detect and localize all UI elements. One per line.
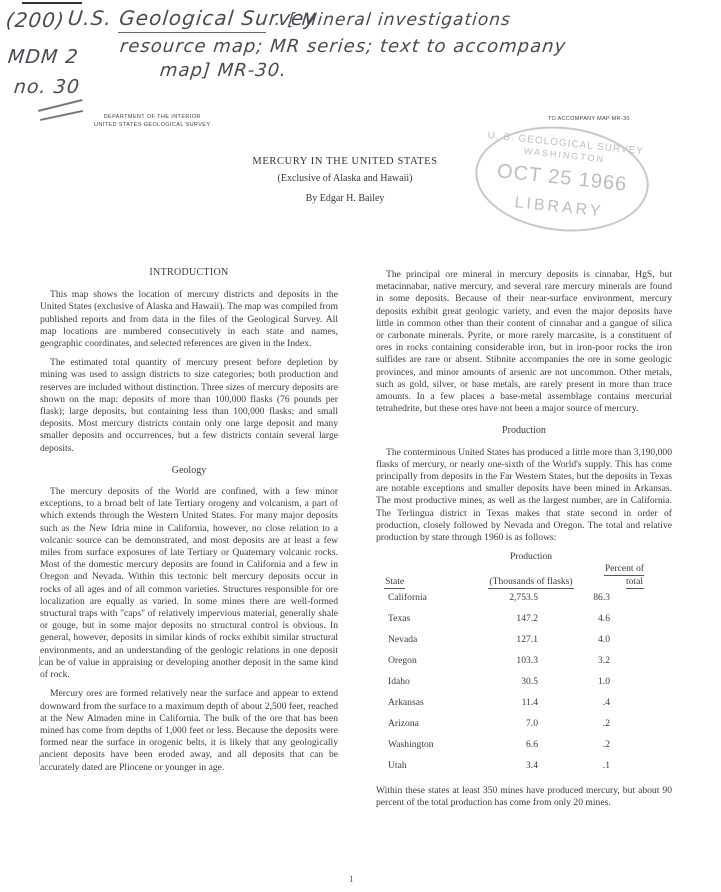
pen-stroke xyxy=(38,99,83,112)
handwritten-series: . [ Mineral investigations xyxy=(274,10,512,30)
flasks-cell: 6.6 xyxy=(478,735,584,756)
flasks-cell: 7.0 xyxy=(478,714,584,735)
column-header-state: State xyxy=(384,576,405,589)
handwritten-underline xyxy=(118,32,266,33)
state-cell: Idaho xyxy=(376,672,478,693)
agency-header: DEPARTMENT OF THE INTERIOR UNITED STATES… xyxy=(94,113,210,129)
percent-cell: .2 xyxy=(584,714,648,735)
percent-cell: .1 xyxy=(584,756,648,777)
production-table: Production State (Thousands of flasks) P… xyxy=(376,551,648,777)
flasks-cell: 3.4 xyxy=(478,756,584,777)
percent-cell: 4.6 xyxy=(584,609,648,630)
flasks-cell: 103.3 xyxy=(478,651,584,672)
flasks-cell: 147.2 xyxy=(478,609,584,630)
scan-mark xyxy=(39,656,40,666)
section-heading-introduction: INTRODUCTION xyxy=(40,267,338,279)
paragraph: Within these states at least 350 mines h… xyxy=(376,785,672,809)
table-row: Idaho30.51.0 xyxy=(376,672,648,693)
column-header-production: (Thousands of flasks) xyxy=(488,576,573,589)
paragraph: The estimated total quantity of mercury … xyxy=(40,357,338,455)
handwritten-margin-a: MDM 2 xyxy=(7,46,80,68)
paragraph: This map shows the location of mercury d… xyxy=(40,289,338,350)
state-cell: Arkansas xyxy=(376,693,478,714)
column-header-production-top: Production xyxy=(478,551,584,563)
table-row: Arkansas11.4.4 xyxy=(376,693,648,714)
state-cell: Arizona xyxy=(376,714,478,735)
handwritten-line2: resource map; MR series; text to accompa… xyxy=(119,36,567,57)
table-row: Arizona7.0.2 xyxy=(376,714,648,735)
pen-stroke xyxy=(40,110,83,121)
state-cell: Texas xyxy=(376,609,478,630)
page-title: MERCURY IN THE UNITED STATES xyxy=(230,156,460,167)
flasks-cell: 11.4 xyxy=(478,693,584,714)
section-heading-production: Production xyxy=(376,425,672,437)
page-number: 1 xyxy=(349,874,354,884)
paragraph: The principal ore mineral in mercury dep… xyxy=(376,269,672,415)
state-cell: California xyxy=(376,588,478,609)
scan-mark xyxy=(39,755,40,765)
percent-cell: .2 xyxy=(584,735,648,756)
table-row: Oregon103.33.2 xyxy=(376,651,648,672)
table-row: California2,753.586.3 xyxy=(376,588,648,609)
flasks-cell: 127.1 xyxy=(478,630,584,651)
percent-cell: 4.0 xyxy=(584,630,648,651)
percent-cell: 1.0 xyxy=(584,672,648,693)
paragraph: The conterminous United States has produ… xyxy=(376,447,672,545)
table-row: Texas147.24.6 xyxy=(376,609,648,630)
author-byline: By Edgar H. Bailey xyxy=(230,193,460,204)
accompany-map-label: TO ACCOMPANY MAP MR-30 xyxy=(548,116,630,122)
agency-department: DEPARTMENT OF THE INTERIOR xyxy=(94,113,210,121)
percent-cell: .4 xyxy=(584,693,648,714)
right-column: The principal ore mineral in mercury dep… xyxy=(376,269,672,816)
state-cell: Utah xyxy=(376,756,478,777)
handwritten-margin-b: no. 30 xyxy=(13,76,81,98)
paragraph: The mercury deposits of the World are co… xyxy=(40,486,338,681)
table-row: Utah3.4.1 xyxy=(376,756,648,777)
paragraph: Mercury ores are formed relatively near … xyxy=(40,688,338,773)
library-stamp: U. S. GEOLOGICAL SURVEY WASHINGTON OCT 2… xyxy=(470,118,654,240)
state-cell: Oregon xyxy=(376,651,478,672)
title-block: MERCURY IN THE UNITED STATES (Exclusive … xyxy=(230,156,460,204)
table-row: Nevada127.14.0 xyxy=(376,630,648,651)
top-edge-mark xyxy=(22,2,82,4)
percent-cell: 3.2 xyxy=(584,651,648,672)
table-row: Washington6.6.2 xyxy=(376,735,648,756)
percent-cell: 86.3 xyxy=(584,588,648,609)
page-subtitle: (Exclusive of Alaska and Hawaii) xyxy=(230,173,460,184)
handwritten-line3: map] MR-30. xyxy=(159,60,288,81)
left-column: INTRODUCTION This map shows the location… xyxy=(40,267,338,781)
flasks-cell: 30.5 xyxy=(478,672,584,693)
agency-survey: UNITED STATES GEOLOGICAL SURVEY xyxy=(94,121,210,129)
handwritten-call-number: (200) xyxy=(5,8,66,32)
column-header-percent: Percent of total xyxy=(604,563,644,588)
flasks-cell: 2,753.5 xyxy=(478,588,584,609)
state-cell: Washington xyxy=(376,735,478,756)
state-cell: Nevada xyxy=(376,630,478,651)
section-heading-geology: Geology xyxy=(40,465,338,477)
